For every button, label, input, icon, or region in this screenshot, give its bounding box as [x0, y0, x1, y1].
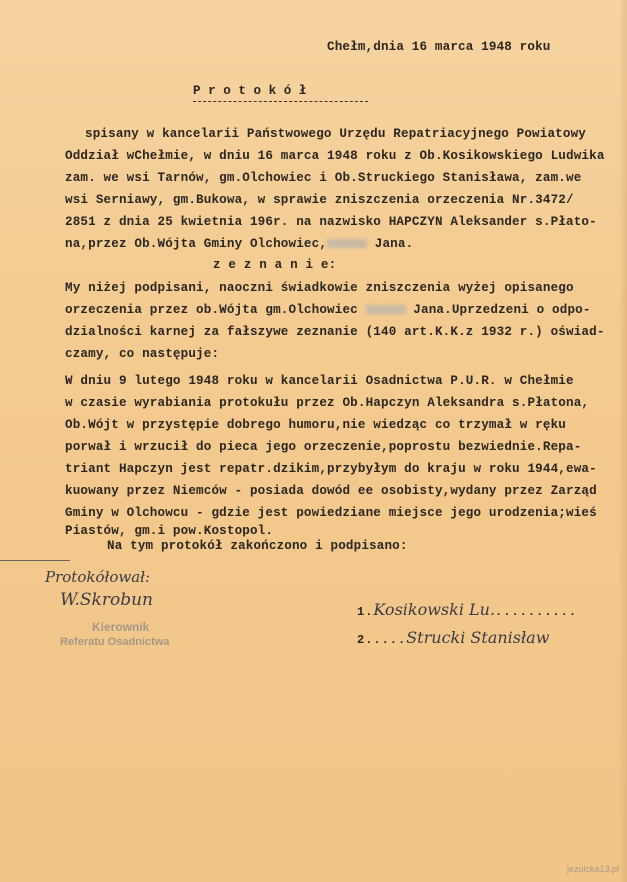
intro-line: na,przez Ob.Wójta Gminy Olchowiec, Jana.: [65, 233, 413, 255]
redacted-name: [327, 239, 367, 248]
testimony-line: My niżej podpisani, naoczni świadkowie z…: [65, 277, 574, 299]
title-underline: [193, 101, 368, 102]
account-line: w czasie wyrabiania protokułu przez Ob.H…: [65, 392, 589, 414]
closing-statement: Na tym protokół zakończono i podpisano:: [107, 535, 408, 557]
header-date: Chełm,dnia 16 marca 1948 roku: [327, 36, 551, 58]
intro-line: Oddział wChełmie, w dniu 16 marca 1948 r…: [65, 145, 605, 167]
witness-1-number: 1.: [357, 605, 373, 619]
testimony-text: Jana.Uprzedzeni o odpo-: [406, 303, 591, 317]
margin-line: [0, 560, 70, 561]
witness-1-line: 1.Kosikowski Lu...........: [357, 600, 577, 619]
protocol-label-handwritten: Protokółował:: [45, 568, 150, 586]
account-line: kuowany przez Niemców - posiada dowód ee…: [65, 480, 597, 502]
witness-2-number: 2.: [357, 633, 373, 647]
stamp-title: Kierownik: [92, 620, 149, 634]
intro-text: na,przez Ob.Wójta Gminy Olchowiec,: [65, 237, 327, 251]
stamp-department: Referatu Osadnictwa: [60, 636, 169, 648]
testimony-line: orzeczenia przez ob.Wójta gm.Olchowiec J…: [65, 299, 591, 321]
protocol-signature: W.Skrobun: [60, 590, 153, 610]
witness-1-signature: Kosikowski Lu.: [373, 600, 495, 619]
intro-line: wsi Serniawy, gm.Bukowa, w sprawie znisz…: [65, 189, 574, 211]
paper-edge-shadow: [619, 0, 627, 882]
account-line: porwał i wrzucił do pieca jego orzeczeni…: [65, 436, 581, 458]
witness-1-dots: ..........: [495, 605, 577, 619]
document-title: P r o t o k ó ł: [193, 80, 306, 102]
account-line: triant Hapczyn jest repatr.dzikim,przyby…: [65, 458, 597, 480]
redacted-name: [366, 305, 406, 314]
intro-line: 2851 z dnia 25 kwietnia 196r. na nazwisk…: [65, 211, 597, 233]
section-heading: z e z n a n i e:: [213, 254, 336, 276]
intro-line: spisany w kancelarii Państwowego Urzędu …: [85, 123, 586, 145]
intro-line: zam. we wsi Tarnów, gm.Olchowiec i Ob.St…: [65, 167, 581, 189]
intro-text: Jana.: [367, 237, 413, 251]
testimony-line: dzialności karnej za fałszywe zeznanie (…: [65, 321, 605, 343]
account-line: Ob.Wójt w przystępie dobrego humoru,nie …: [65, 414, 566, 436]
testimony-text: orzeczenia przez ob.Wójta gm.Olchowiec: [65, 303, 366, 317]
testimony-line: czamy, co następuje:: [65, 343, 219, 365]
witness-2-signature: Strucki Stanisław: [406, 628, 549, 647]
witness-2-dots: ....: [373, 633, 406, 647]
witness-2-line: 2.....Strucki Stanisław: [357, 628, 549, 647]
watermark: jezuicka13.pl: [567, 864, 619, 874]
account-line: W dniu 9 lutego 1948 roku w kancelarii O…: [65, 370, 574, 392]
